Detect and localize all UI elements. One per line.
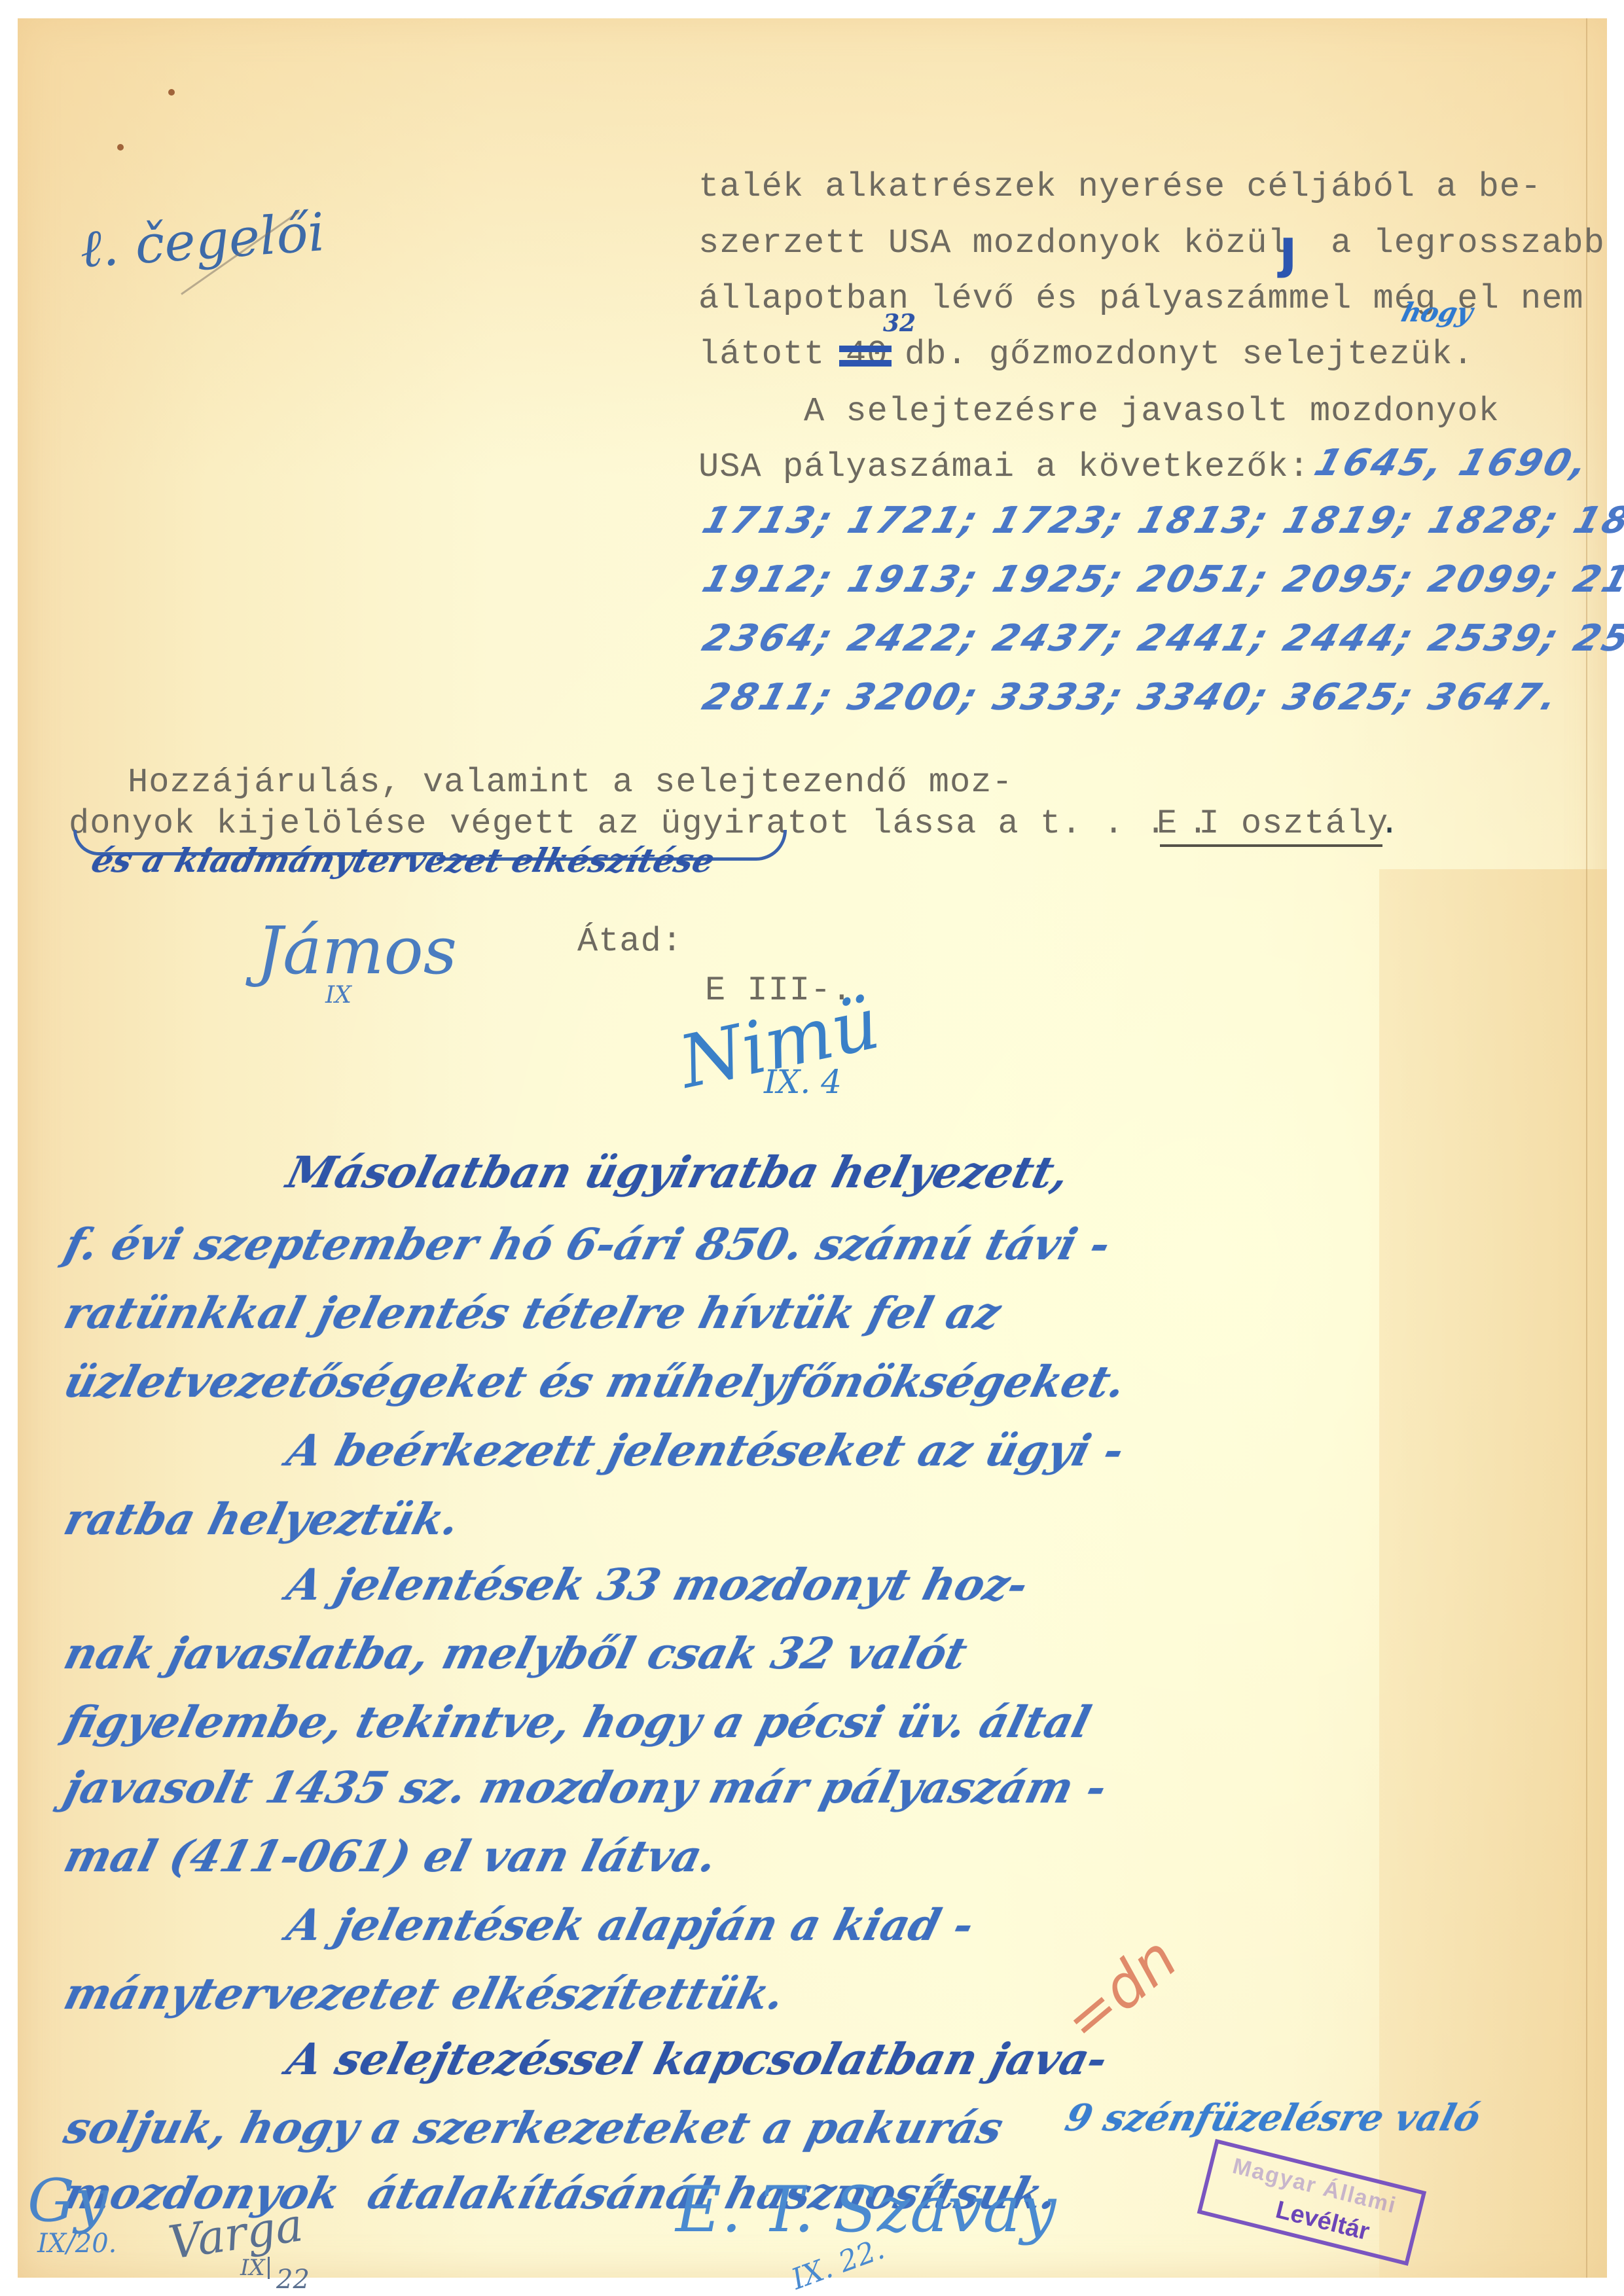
typed-underline xyxy=(1160,844,1382,847)
signature-middle-day: 22 xyxy=(276,2267,310,2293)
signature-middle-month: IX xyxy=(240,2257,270,2279)
insertion-caret-icon: ȷ xyxy=(1279,218,1297,279)
handwritten-line: f. évi szeptember hó 6-ári 850. számú tá… xyxy=(60,1223,1115,1266)
locomotive-numbers-line: 1912; 1913; 1925; 2051; 2095; 2099; 2107… xyxy=(698,562,1624,598)
inserted-word: hogy xyxy=(1399,300,1475,326)
handwritten-line: A selejtezéssel kapcsolatban java- xyxy=(283,2037,1111,2081)
handwritten-line: figyelembe, tekintve, hogy a pécsi üv. á… xyxy=(60,1700,1095,1744)
strikethrough-mark xyxy=(839,346,892,352)
typed-period: . xyxy=(1379,807,1400,841)
handwritten-line: Másolatban ügyiratba helyezett, xyxy=(283,1151,1074,1194)
archive-stamp: Magyar Állami Levéltár xyxy=(1197,2139,1426,2266)
locomotive-numbers-line: 2811; 3200; 3333; 3340; 3625; 3647. xyxy=(698,679,1564,716)
handwritten-line: A beérkezett jelentéseket az ügyi - xyxy=(283,1429,1128,1472)
handwritten-line: üzletvezetőségeket és műhelyfőnökségeket… xyxy=(60,1360,1130,1403)
struck-number: 40 xyxy=(846,338,888,372)
handwritten-line: javasolt 1435 sz. mozdony már pályaszám … xyxy=(60,1766,1111,1809)
paper-speck xyxy=(117,144,124,151)
handwritten-line: ratba helyeztük. xyxy=(60,1498,463,1541)
locomotive-numbers-line: 1713; 1721; 1723; 1813; 1819; 1828; 1834… xyxy=(698,503,1624,539)
target-department: E I osztály xyxy=(1157,807,1388,841)
typed-line: talék alkatrészek nyerése céljából a be- xyxy=(698,170,1542,204)
handwritten-line: nak javaslatba, melyből csak 32 valót xyxy=(60,1632,971,1675)
typed-line: USA pályaszámai a következők: xyxy=(698,450,1310,484)
handwritten-line: ratünkkal jelentés tételre hívtük fel az xyxy=(60,1291,1005,1335)
locomotive-numbers-line: 2364; 2422; 2437; 2441; 2444; 2539; 2583… xyxy=(698,620,1624,657)
handwritten-line: A jelentések alapján a kiad - xyxy=(283,1903,978,1946)
strikethrough-mark xyxy=(839,360,892,367)
signature-left: Jámos xyxy=(257,918,457,984)
underlying-sheet-edge xyxy=(1379,869,1607,2278)
typed-line: Hozzájárulás, valamint a selejtezendő mo… xyxy=(128,766,1013,800)
handwritten-line: mal (411-061) el van látva. xyxy=(60,1835,721,1878)
signature-left-date: IX xyxy=(325,984,352,1007)
signature-initials-date: IX/20. xyxy=(37,2231,117,2257)
typed-line: szerzett USA mozdonyok közül a legrossza… xyxy=(698,226,1605,260)
typed-line: A selejtezésre javasolt mozdonyok xyxy=(698,395,1500,429)
handwritten-insert: és a kiadmánytervezet elkészítése xyxy=(88,844,718,877)
locomotive-numbers-line: 1645, 1690, xyxy=(1310,445,1595,482)
signature-initials: Gy xyxy=(27,2172,108,2231)
transfer-label: Átad: xyxy=(577,925,683,959)
typed-line-prefix: látott xyxy=(698,338,825,372)
transfer-date: IX. 4 xyxy=(764,1066,842,1098)
signature-right: E. T. Szávay xyxy=(676,2178,1056,2241)
inserted-number: 32 xyxy=(883,312,916,335)
typed-line-suffix: db. gőzmozdonyt selejtezük. xyxy=(905,338,1474,372)
margin-insert: 9 szénfüzelésre való xyxy=(1062,2100,1484,2136)
document-page: ℓ. čegelői talék alkatrészek nyerése cél… xyxy=(18,18,1607,2278)
handwritten-line: A jelentések 33 mozdonyt hoz- xyxy=(283,1563,1032,1606)
handwritten-line: soljuk, hogy a szerkezeteket a pakurás xyxy=(60,2106,1007,2149)
paper-speck xyxy=(168,89,175,96)
handwritten-line: mánytervezetet elkészítettük. xyxy=(60,1972,789,2015)
page-edge-line xyxy=(1586,18,1587,2278)
